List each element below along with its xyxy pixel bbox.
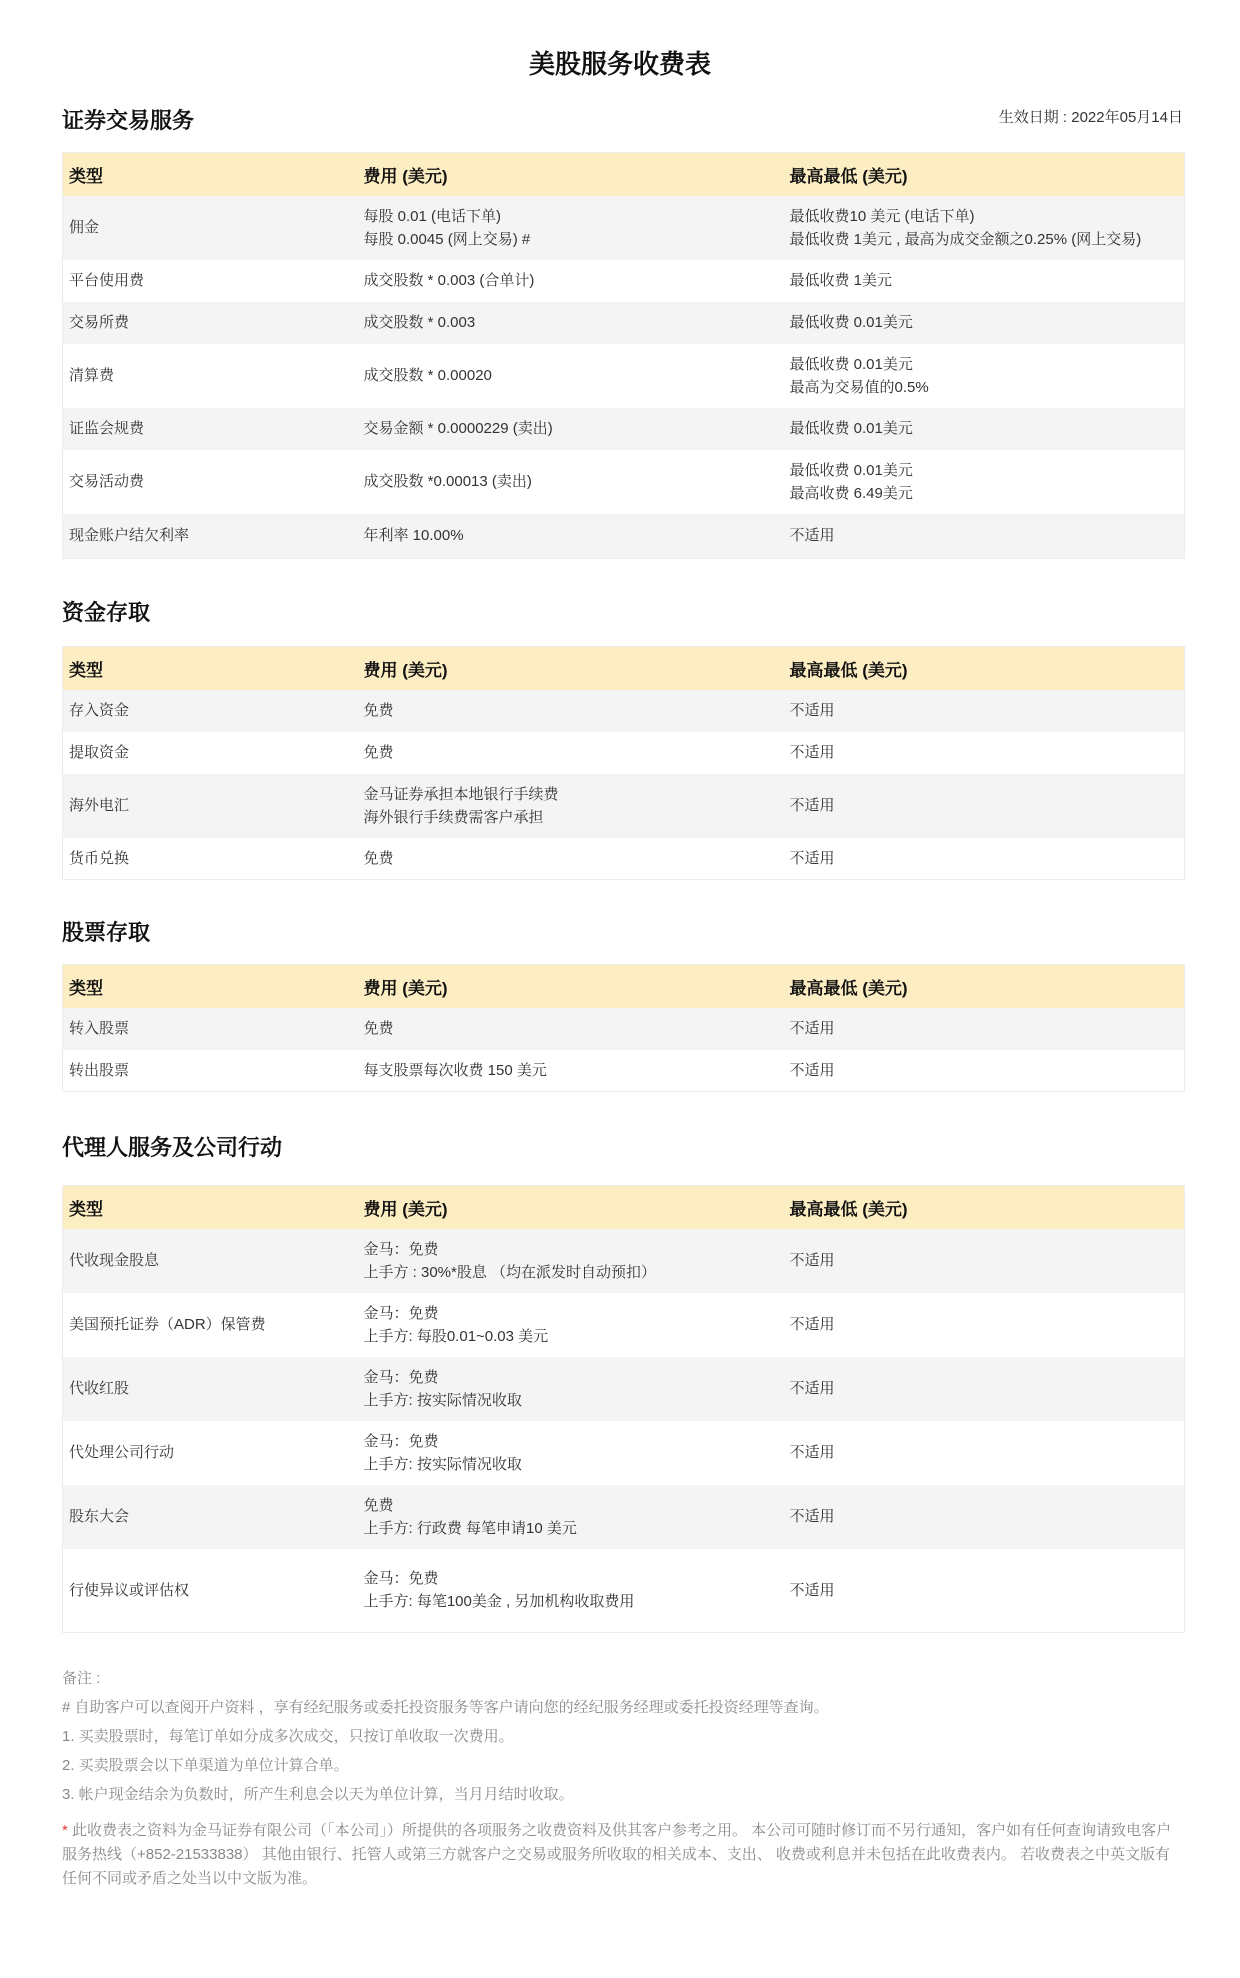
row-fee: 免费 [358, 732, 784, 774]
section-heading-agent-services: 代理人服务及公司行动 [62, 1131, 282, 1162]
minmax-line: 最低收费 0.01美元 [790, 353, 1179, 376]
row-type: 佣金 [63, 196, 358, 260]
fee-line: 每支股票每次收费 150 美元 [364, 1059, 778, 1082]
row-minmax: 不适用 [784, 1485, 1185, 1549]
section-heading-securities-trading: 证券交易服务 [62, 104, 194, 135]
column-header-fee: 费用 (美元) [358, 965, 784, 1008]
row-type: 交易所费 [63, 302, 358, 344]
minmax-line: 不适用 [790, 1441, 1179, 1464]
fee-line: 金马证券承担本地银行手续费 [364, 783, 778, 806]
fee-line: 成交股数 * 0.00020 [364, 364, 778, 387]
row-minmax: 不适用 [784, 1050, 1185, 1092]
row-minmax: 不适用 [784, 732, 1185, 774]
row-type: 代收现金股息 [63, 1229, 358, 1293]
row-minmax: 最低收费 0.01美元 [784, 408, 1185, 450]
disclaimer-text: 此收费表之资料为金马证券有限公司（「本公司」）所提供的各项服务之收费资料及供其客… [62, 1822, 1171, 1887]
minmax-line: 最低收费 0.01美元 [790, 459, 1179, 482]
row-fee: 年利率 10.00% [358, 514, 784, 559]
row-type: 股东大会 [63, 1485, 358, 1549]
row-type: 证监会规费 [63, 408, 358, 450]
fee-line: 免费 [364, 1017, 778, 1040]
minmax-line: 不适用 [790, 524, 1179, 547]
row-minmax: 最低收费 0.01美元最高收费 6.49美元 [784, 450, 1185, 514]
fee-line: 每股 0.0045 (网上交易) # [364, 228, 778, 251]
note-item: 2. 买卖股票会以下单渠道为单位计算合单。 [62, 1751, 1182, 1780]
minmax-line: 最低收费 0.01美元 [790, 311, 1179, 334]
row-fee: 成交股数 * 0.00020 [358, 344, 784, 408]
fee-schedule-page: 美股服务收费表 证券交易服务 生效日期 : 2022年05月14日 类型 费用 … [0, 0, 1240, 1978]
fee-line: 海外银行手续费需客户承担 [364, 806, 778, 829]
note-item: # 自助客户可以查阅开户资料 ，享有经纪服务或委托投资服务等客户请向您的经纪服务… [62, 1693, 1182, 1722]
table-row: 佣金 每股 0.01 (电话下单)每股 0.0045 (网上交易) # 最低收费… [63, 196, 1185, 260]
minmax-line: 不适用 [790, 1505, 1179, 1528]
table-row: 转入股票 免费 不适用 [63, 1008, 1185, 1050]
row-fee: 金马：免费上手方: 每笔100美金 , 另加机构收取费用 [358, 1549, 784, 1633]
row-minmax: 最低收费 0.01美元 [784, 302, 1185, 344]
fee-line: 上手方: 行政费 每笔申请10 美元 [364, 1517, 778, 1540]
fee-line: 金马：免费 [364, 1238, 778, 1261]
row-fee: 每股 0.01 (电话下单)每股 0.0045 (网上交易) # [358, 196, 784, 260]
row-minmax: 不适用 [784, 1549, 1185, 1633]
table-row: 现金账户结欠利率 年利率 10.00% 不适用 [63, 514, 1185, 559]
row-fee: 成交股数 *0.00013 (卖出) [358, 450, 784, 514]
row-type: 行使异议或评估权 [63, 1549, 358, 1633]
table-row: 交易活动费 成交股数 *0.00013 (卖出) 最低收费 0.01美元最高收费… [63, 450, 1185, 514]
row-minmax: 不适用 [784, 838, 1185, 880]
table-row: 代收现金股息 金马：免费上手方 : 30%*股息 （均在派发时自动预扣） 不适用 [63, 1229, 1185, 1293]
table-row: 存入资金 免费 不适用 [63, 690, 1185, 732]
fee-line: 交易金额 * 0.0000229 (卖出) [364, 417, 778, 440]
row-minmax: 不适用 [784, 1293, 1185, 1357]
fee-line: 上手方: 按实际情况收取 [364, 1453, 778, 1476]
fee-line: 上手方 : 30%*股息 （均在派发时自动预扣） [364, 1261, 778, 1284]
table-row: 证监会规费 交易金额 * 0.0000229 (卖出) 最低收费 0.01美元 [63, 408, 1185, 450]
column-header-minmax: 最高最低 (美元) [784, 1186, 1185, 1229]
row-fee: 每支股票每次收费 150 美元 [358, 1050, 784, 1092]
agent-services-table: 类型 费用 (美元) 最高最低 (美元) 代收现金股息 金马：免费上手方 : 3… [62, 1185, 1185, 1633]
column-header-fee: 费用 (美元) [358, 153, 784, 196]
row-type: 代收红股 [63, 1357, 358, 1421]
column-header-minmax: 最高最低 (美元) [784, 153, 1185, 196]
row-type: 货币兑换 [63, 838, 358, 880]
fee-line: 免费 [364, 1494, 778, 1517]
fee-line: 金马：免费 [364, 1430, 778, 1453]
row-type: 存入资金 [63, 690, 358, 732]
minmax-line: 最高收费 6.49美元 [790, 482, 1179, 505]
row-type: 提取资金 [63, 732, 358, 774]
fee-line: 金马：免费 [364, 1366, 778, 1389]
disclaimer: * 此收费表之资料为金马证券有限公司（「本公司」）所提供的各项服务之收费资料及供… [62, 1819, 1182, 1891]
row-fee: 金马：免费上手方: 按实际情况收取 [358, 1357, 784, 1421]
table-row: 转出股票 每支股票每次收费 150 美元 不适用 [63, 1050, 1185, 1092]
note-item: 3. 帐户现金结余为负数时，所产生利息会以天为单位计算，当月月结时收取。 [62, 1780, 1182, 1809]
table-row: 代处理公司行动 金马：免费上手方: 按实际情况收取 不适用 [63, 1421, 1185, 1485]
minmax-line: 不适用 [790, 699, 1179, 722]
funds-table: 类型 费用 (美元) 最高最低 (美元) 存入资金 免费 不适用 提取资金 免费… [62, 646, 1185, 880]
page-title: 美股服务收费表 [0, 44, 1240, 81]
table-header-row: 类型 费用 (美元) 最高最低 (美元) [63, 1186, 1185, 1229]
minmax-line: 不适用 [790, 1017, 1179, 1040]
table-row: 海外电汇 金马证券承担本地银行手续费海外银行手续费需客户承担 不适用 [63, 774, 1185, 838]
minmax-line: 不适用 [790, 1249, 1179, 1272]
minmax-line: 不适用 [790, 1059, 1179, 1082]
row-type: 代处理公司行动 [63, 1421, 358, 1485]
fee-line: 上手方: 按实际情况收取 [364, 1389, 778, 1412]
row-fee: 免费上手方: 行政费 每笔申请10 美元 [358, 1485, 784, 1549]
column-header-minmax: 最高最低 (美元) [784, 965, 1185, 1008]
row-minmax: 不适用 [784, 1008, 1185, 1050]
minmax-line: 不适用 [790, 1313, 1179, 1336]
minmax-line: 最低收费 1美元 [790, 269, 1179, 292]
fee-line: 金马：免费 [364, 1567, 778, 1590]
table-row: 代收红股 金马：免费上手方: 按实际情况收取 不适用 [63, 1357, 1185, 1421]
row-minmax: 不适用 [784, 1357, 1185, 1421]
row-fee: 免费 [358, 1008, 784, 1050]
fee-line: 免费 [364, 847, 778, 870]
row-minmax: 不适用 [784, 514, 1185, 559]
column-header-type: 类型 [63, 153, 358, 196]
fee-line: 成交股数 *0.00013 (卖出) [364, 470, 778, 493]
column-header-type: 类型 [63, 647, 358, 690]
section-heading-funds: 资金存取 [62, 596, 150, 627]
table-row: 清算费 成交股数 * 0.00020 最低收费 0.01美元最高为交易值的0.5… [63, 344, 1185, 408]
row-type: 转出股票 [63, 1050, 358, 1092]
minmax-line: 不适用 [790, 1377, 1179, 1400]
table-row: 行使异议或评估权 金马：免费上手方: 每笔100美金 , 另加机构收取费用 不适… [63, 1549, 1185, 1633]
fee-line: 成交股数 * 0.003 [364, 311, 778, 334]
row-minmax: 最低收费10 美元 (电话下单)最低收费 1美元 , 最高为成交金额之0.25%… [784, 196, 1185, 260]
minmax-line: 不适用 [790, 794, 1179, 817]
row-fee: 金马证券承担本地银行手续费海外银行手续费需客户承担 [358, 774, 784, 838]
row-fee: 免费 [358, 690, 784, 732]
row-minmax: 不适用 [784, 1229, 1185, 1293]
row-minmax: 不适用 [784, 690, 1185, 732]
row-fee: 成交股数 * 0.003 [358, 302, 784, 344]
minmax-line: 最高为交易值的0.5% [790, 376, 1179, 399]
row-minmax: 不适用 [784, 774, 1185, 838]
effective-date: 生效日期 : 2022年05月14日 [999, 106, 1183, 127]
minmax-line: 不适用 [790, 1579, 1179, 1602]
minmax-line: 最低收费10 美元 (电话下单) [790, 205, 1179, 228]
row-fee: 金马：免费上手方: 按实际情况收取 [358, 1421, 784, 1485]
fee-line: 免费 [364, 741, 778, 764]
row-type: 现金账户结欠利率 [63, 514, 358, 559]
fee-line: 免费 [364, 699, 778, 722]
fee-line: 金马：免费 [364, 1302, 778, 1325]
minmax-line: 最低收费 1美元 , 最高为成交金额之0.25% (网上交易) [790, 228, 1179, 251]
securities-trading-table: 类型 费用 (美元) 最高最低 (美元) 佣金 每股 0.01 (电话下单)每股… [62, 152, 1185, 559]
table-row: 货币兑换 免费 不适用 [63, 838, 1185, 880]
column-header-minmax: 最高最低 (美元) [784, 647, 1185, 690]
table-row: 美国预托证券（ADR）保管费 金马：免费上手方: 每股0.01~0.03 美元 … [63, 1293, 1185, 1357]
table-row: 提取资金 免费 不适用 [63, 732, 1185, 774]
fee-line: 上手方: 每笔100美金 , 另加机构收取费用 [364, 1590, 778, 1613]
row-type: 交易活动费 [63, 450, 358, 514]
notes-section: 备注 : # 自助客户可以查阅开户资料 ，享有经纪服务或委托投资服务等客户请向您… [62, 1664, 1182, 1809]
row-fee: 金马：免费上手方 : 30%*股息 （均在派发时自动预扣） [358, 1229, 784, 1293]
table-header-row: 类型 费用 (美元) 最高最低 (美元) [63, 153, 1185, 196]
row-minmax: 最低收费 1美元 [784, 260, 1185, 302]
row-type: 美国预托证券（ADR）保管费 [63, 1293, 358, 1357]
table-header-row: 类型 费用 (美元) 最高最低 (美元) [63, 647, 1185, 690]
fee-line: 成交股数 * 0.003 (合单计) [364, 269, 778, 292]
minmax-line: 不适用 [790, 741, 1179, 764]
minmax-line: 最低收费 0.01美元 [790, 417, 1179, 440]
column-header-type: 类型 [63, 1186, 358, 1229]
minmax-line: 不适用 [790, 847, 1179, 870]
row-type: 转入股票 [63, 1008, 358, 1050]
row-minmax: 不适用 [784, 1421, 1185, 1485]
notes-label: 备注 : [62, 1664, 1182, 1693]
note-item: 1. 买卖股票时，每笔订单如分成多次成交，只按订单收取一次费用。 [62, 1722, 1182, 1751]
table-row: 平台使用费 成交股数 * 0.003 (合单计) 最低收费 1美元 [63, 260, 1185, 302]
fee-line: 上手方: 每股0.01~0.03 美元 [364, 1325, 778, 1348]
row-type: 平台使用费 [63, 260, 358, 302]
column-header-fee: 费用 (美元) [358, 1186, 784, 1229]
section-heading-stocks: 股票存取 [62, 916, 150, 947]
table-row: 股东大会 免费上手方: 行政费 每笔申请10 美元 不适用 [63, 1485, 1185, 1549]
row-fee: 金马：免费上手方: 每股0.01~0.03 美元 [358, 1293, 784, 1357]
row-fee: 免费 [358, 838, 784, 880]
row-fee: 交易金额 * 0.0000229 (卖出) [358, 408, 784, 450]
column-header-type: 类型 [63, 965, 358, 1008]
row-type: 清算费 [63, 344, 358, 408]
fee-line: 年利率 10.00% [364, 524, 778, 547]
stocks-table: 类型 费用 (美元) 最高最低 (美元) 转入股票 免费 不适用 转出股票 每支… [62, 964, 1185, 1092]
row-minmax: 最低收费 0.01美元最高为交易值的0.5% [784, 344, 1185, 408]
column-header-fee: 费用 (美元) [358, 647, 784, 690]
table-row: 交易所费 成交股数 * 0.003 最低收费 0.01美元 [63, 302, 1185, 344]
fee-line: 每股 0.01 (电话下单) [364, 205, 778, 228]
row-fee: 成交股数 * 0.003 (合单计) [358, 260, 784, 302]
row-type: 海外电汇 [63, 774, 358, 838]
table-header-row: 类型 费用 (美元) 最高最低 (美元) [63, 965, 1185, 1008]
